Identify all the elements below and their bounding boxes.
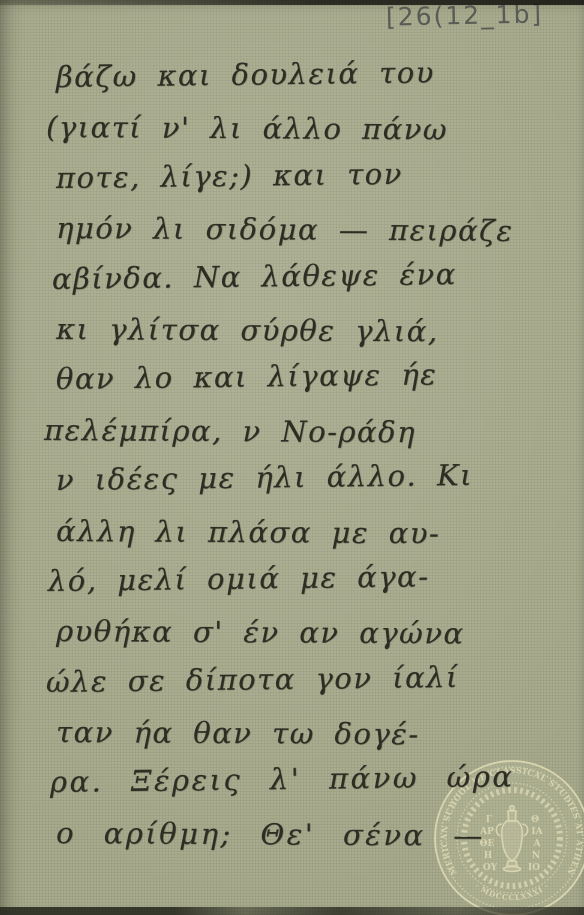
manuscript-line: ώλε σε δίποτα γον ίαλί	[46, 658, 577, 715]
manuscript-scan: [26(12_1b] βάζω και δουλειά του (γιατί ν…	[0, 0, 584, 915]
scan-edge-bottom	[0, 907, 584, 915]
manuscript-line: λό, μελί ομιά με άγα-	[48, 557, 577, 614]
manuscript-text: βάζω και δουλειά του (γιατί ν' λι άλλο π…	[56, 60, 576, 866]
manuscript-line: βάζω και δουλειά του	[56, 54, 577, 111]
manuscript-line: ο αρίθμη; Θε' σένα —	[56, 816, 576, 870]
manuscript-line: αβίνδα. Να λάθεψε ένα	[52, 255, 577, 312]
manuscript-line: ρα. Ξέρεις λ' πάνω ώρα	[50, 759, 577, 816]
manuscript-line: ν ιδέες με ήλι άλλο. Κι	[56, 457, 577, 514]
scan-edge-top	[0, 0, 584, 5]
manuscript-line: θαν λο και λίγαψε ήε	[56, 356, 577, 413]
manuscript-line: ποτε, λίγε;) και τον	[56, 154, 577, 211]
